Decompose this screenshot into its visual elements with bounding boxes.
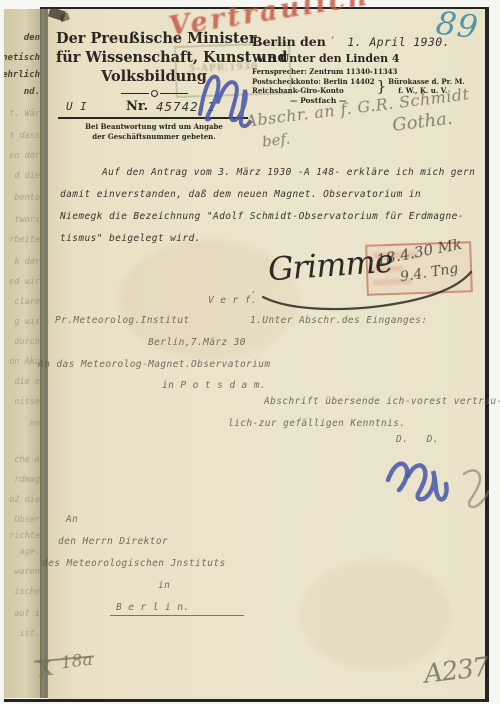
page-edge-text-fragment: Obser xyxy=(14,515,40,525)
phone-line: Fernsprecher: Zentrum 11340-11343 xyxy=(252,67,466,76)
recipient-line: An xyxy=(66,514,78,525)
account-line: Reichsbank-Giro-Konto xyxy=(252,86,375,95)
street-address: W 8 Unter den Linden 4 xyxy=(252,52,466,65)
pencil-note-line: bef. xyxy=(261,130,291,151)
page-edge-text-fragment: ische xyxy=(14,587,40,597)
scanned-letter: den netisch ehrlich nd. t. Wär t dass en… xyxy=(0,0,500,704)
recipient-line: in xyxy=(158,580,170,591)
letter-body: Auf den Antrag vom 3. März 1930 -A 148- … xyxy=(60,162,484,250)
body-line: damit einverstanden, daß dem neuen Magne… xyxy=(60,184,484,206)
page-bottom-edge xyxy=(4,699,489,702)
page-edge-text-fragment: o2 die xyxy=(9,495,40,505)
file-note-city: in P o t s d a m. xyxy=(162,380,266,391)
account-right-line: Bürokasse d. Pr. M. xyxy=(388,77,465,86)
signature-flourish xyxy=(255,255,475,315)
page-edge-text-fragment: auf i xyxy=(14,609,40,619)
page-edge-text-fragment: k der xyxy=(14,257,40,267)
page-edge-text-fragment: clare xyxy=(14,297,40,307)
typed-date: 1. April 1930. xyxy=(347,35,450,49)
page-edge-text-fragment: t dass xyxy=(9,131,40,141)
verf-label: V e r f. xyxy=(208,295,257,306)
paper-stain xyxy=(300,560,450,670)
page-edge-text-fragment: durch xyxy=(14,337,40,347)
page-edge-text-fragment: nn xyxy=(30,419,40,429)
pencil-tick: ʹ xyxy=(331,35,334,49)
recipient-line: des Meteorologischen Jnstituts xyxy=(42,558,226,569)
page-edge-text-fragment: g wis xyxy=(14,317,40,327)
page-edge-text-fragment: rbeite xyxy=(9,235,40,245)
copy-note-line: Abschrift übersende ich-vorest vertrau- xyxy=(264,396,500,407)
page-edge-text-fragment: age. xyxy=(20,547,40,557)
page-edge-text-fragment: ed wir xyxy=(9,277,40,287)
disposition-item: 1.Unter Abschr.des Einganges: xyxy=(250,315,427,326)
footnote-line: der Geschäftsnummer gebeten. xyxy=(56,132,252,141)
page-edge-text-fragment: rdmag xyxy=(14,475,40,485)
pencil-initial xyxy=(456,464,494,512)
ref-nr-label: Nr. xyxy=(126,99,148,114)
page-edge-text-fragment: nd. xyxy=(24,87,40,97)
page-edge-text-fragment: twori xyxy=(14,215,40,225)
file-mark-number: 18a xyxy=(60,650,94,674)
ref-prefix: U I xyxy=(66,100,87,113)
account-line: Postscheckkonto: Berlin 14402 xyxy=(252,77,375,86)
recipient-line: den Herrn Direktor xyxy=(58,536,168,547)
page-edge-text-fragment: die e xyxy=(14,377,40,387)
page-edge-text-fragment: den xyxy=(24,33,40,43)
file-note-date: Berlin,7.März 30 xyxy=(148,337,246,348)
body-line: Auf den Antrag vom 3. März 1930 -A 148- … xyxy=(60,162,484,184)
page-edge-text-fragment: netisch xyxy=(4,53,40,63)
page-edge-text-fragment: bento xyxy=(14,193,40,203)
page-edge-text-fragment: che A xyxy=(14,455,40,465)
copy-note-line: lich-zur gefälligen Kenntnis. xyxy=(228,418,405,429)
page-edge-text-fragment: ehrlich xyxy=(4,70,40,80)
brace-glyph: } xyxy=(377,77,387,95)
pencil-tick: ʹ xyxy=(252,290,255,303)
institute-line: Pr.Meteorolog.Institut xyxy=(55,315,190,326)
recipient-city-underlined: B e r l i n. xyxy=(110,602,244,616)
page-edge-text-fragment: richte xyxy=(9,531,40,541)
adjacent-page-strip: den netisch ehrlich nd. t. Wär t dass en… xyxy=(4,9,42,698)
page-edge-text-fragment: d die xyxy=(14,171,40,181)
file-note-recipient: An das Meteorolog-Magnet.Observatorium xyxy=(38,359,271,370)
page-edge-text-fragment: en dor xyxy=(9,151,40,161)
page-edge-text-fragment: on Aka xyxy=(9,357,40,367)
page-edge-text-fragment: ist. xyxy=(20,629,40,639)
page-edge-text-fragment: nisse xyxy=(14,397,40,407)
page-edge-text-fragment: t. Wär xyxy=(9,109,40,119)
page-edge-text-fragment: waren xyxy=(14,567,40,577)
blue-ink-paraph xyxy=(382,446,450,504)
place-label: Berlin den xyxy=(252,34,326,49)
dd-initials: D. D. xyxy=(396,434,439,445)
body-line: Niemegk die Bezeichnung "Adolf Schmidt-O… xyxy=(60,206,484,228)
